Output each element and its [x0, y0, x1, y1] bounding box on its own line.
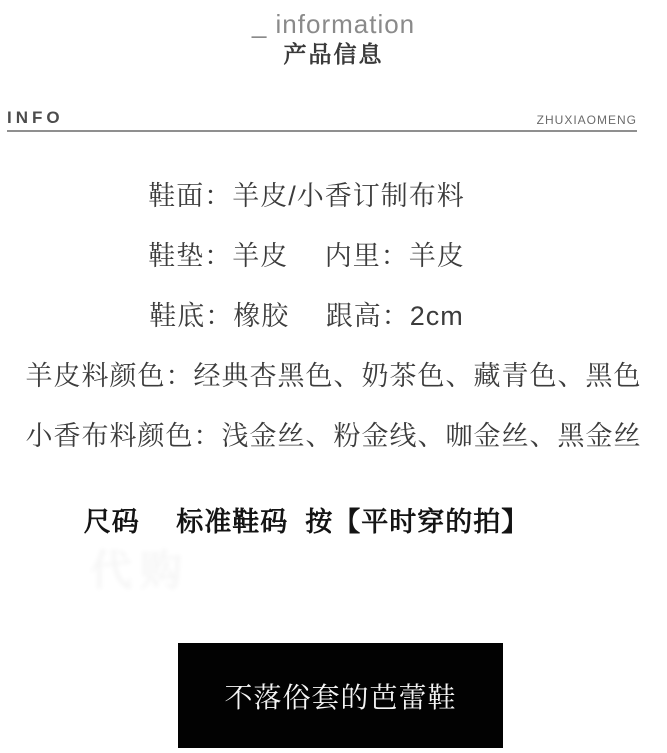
bottom-banner: 不落俗套的芭蕾鞋	[178, 643, 503, 748]
spec-line-upper: 鞋面：羊皮/小香订制布料	[0, 163, 640, 223]
spec-line-sole-heel: 鞋底：橡胶 跟高：2cm	[0, 283, 640, 343]
spec-list: 鞋面：羊皮/小香订制布料 鞋垫：羊皮 内里：羊皮 鞋底：橡胶 跟高：2cm 羊皮…	[0, 163, 667, 463]
spec-line-leather-colors: 羊皮料颜色：经典杏黑色、奶茶色、藏青色、黑色	[0, 343, 667, 403]
spec-line-insole-lining: 鞋垫：羊皮 内里：羊皮	[0, 223, 640, 283]
section-title: 产品信息	[0, 40, 667, 68]
brand-label: ZHUXIAOMENG	[537, 113, 637, 127]
info-rule-row: INFO ZHUXIAOMENG	[7, 108, 637, 132]
size-note: 尺码 标准鞋码 按【平时穿的拍】	[0, 489, 640, 549]
product-info-page: _ information 产品信息 INFO ZHUXIAOMENG 鞋面：羊…	[0, 0, 667, 753]
info-label: INFO	[7, 108, 64, 127]
banner-text: 不落俗套的芭蕾鞋	[224, 676, 456, 716]
section-subtitle-en: _ information	[0, 0, 667, 40]
spec-line-fabric-colors: 小香布料颜色：浅金丝、粉金线、咖金丝、黑金丝	[0, 403, 667, 463]
